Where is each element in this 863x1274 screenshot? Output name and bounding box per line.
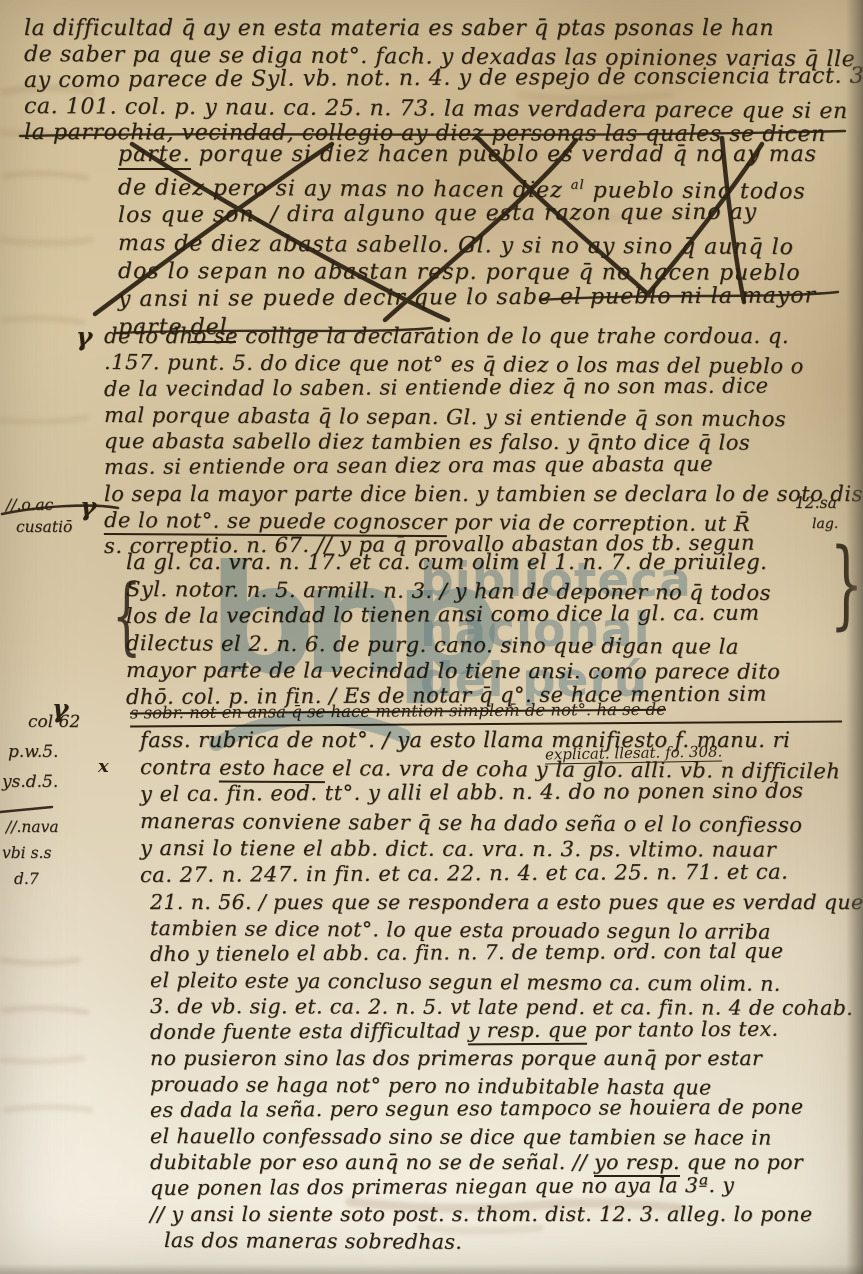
manuscript-line: el hauello confessado sino se dice que t… bbox=[150, 1123, 863, 1151]
margin-note-navarrus: //.nava bbox=[6, 818, 59, 836]
manuscript-line: // y ansi lo siente soto post. s. thom. … bbox=[150, 1201, 863, 1227]
manuscript-line: que ponen las dos primeras niegan que no… bbox=[150, 1171, 863, 1201]
struck-text: s sobr. not en ansa q̄ se hace mention s… bbox=[130, 700, 666, 723]
manuscript-line: dho y tienelo el abb. ca. fin. n. 7. de … bbox=[150, 937, 863, 967]
manuscript-line: es dada la seña. pero segun eso tampoco … bbox=[150, 1093, 863, 1123]
manuscript-line: la difficultad q̄ ay en esta materia es … bbox=[24, 16, 863, 42]
manuscript-page: la difficultad q̄ ay en esta materia es … bbox=[0, 0, 863, 1274]
manuscript-line: parte. porque si diez hacen pueblo es ve… bbox=[118, 141, 817, 169]
margin-x-mark: x bbox=[98, 756, 109, 777]
line-text: donde fuente esta difficultad bbox=[150, 1018, 468, 1044]
interlinear-insertion: al bbox=[571, 178, 585, 193]
manuscript-line: fass. rubrica de not°. / ya esto llama m… bbox=[140, 727, 840, 754]
line-text: de diez pero si ay mas no hacen diez bbox=[118, 175, 571, 203]
paragraph-mark: γ bbox=[76, 322, 93, 351]
margin-note-navarrus: d.7 bbox=[14, 870, 39, 888]
manuscript-line: ay como parece de Syl. vb. not. n. 4. y … bbox=[24, 64, 863, 94]
manuscript-line: 21. n. 56. / pues que se respondera a es… bbox=[150, 889, 863, 915]
manuscript-line: y ansi ni se puede decir que lo sabe el … bbox=[118, 283, 817, 315]
line-text: porque si diez hacen pueblo es verdad q̄… bbox=[191, 142, 817, 167]
manuscript-line: donde fuente esta difficultad y resp. qu… bbox=[150, 1015, 863, 1045]
margin-ref: 12.sa bbox=[795, 494, 837, 512]
margin-note-navarrus: vbi s.s bbox=[2, 844, 51, 862]
manuscript-line: las dos maneras sobredhas. bbox=[164, 1227, 863, 1257]
manuscript-line: mas. si entiende ora sean diez ora mas q… bbox=[104, 450, 863, 480]
line-text: por tanto los tex. bbox=[587, 1017, 778, 1042]
line-text: contra bbox=[140, 755, 219, 779]
manuscript-line: no pusieron sino las dos primeras porque… bbox=[150, 1045, 863, 1071]
manuscript-line: lo sepa la mayor parte dice bien. y tamb… bbox=[104, 481, 863, 507]
paragraph-response: 21. n. 56. / pues que se respondera a es… bbox=[150, 889, 863, 1253]
manuscript-line: la gl. ca. vra. n. 17. et ca. cum olim e… bbox=[126, 549, 780, 576]
paragraph-crossed-out: parte. porque si diez hacen pueblo es ve… bbox=[118, 141, 817, 342]
page-edge-shadow bbox=[0, 1264, 863, 1274]
margin-note: ys.d.5. bbox=[2, 772, 58, 792]
manuscript-line: de lo dho se collige la declaration de l… bbox=[104, 323, 863, 349]
underlined-word: parte. bbox=[118, 142, 191, 170]
paragraph-mark: γ bbox=[80, 492, 97, 521]
manuscript-line: de la vecindad lo saben. si entiende die… bbox=[104, 372, 863, 402]
paragraph-declaration: de lo dho se collige la declaration de l… bbox=[104, 323, 863, 560]
manuscript-line: los de la vecindad lo tienen ansi como d… bbox=[126, 600, 780, 630]
page-edge-shadow bbox=[846, 0, 863, 1274]
manuscript-line: y el ca. fin. eod. tt°. y alli el abb. n… bbox=[140, 777, 841, 808]
margin-note: p.w.5. bbox=[8, 742, 58, 762]
manuscript-line: ca. 27. n. 247. in fin. et ca. 22. n. 4.… bbox=[140, 858, 841, 889]
paragraph-contra: fass. rubrica de not°. / ya esto llama m… bbox=[140, 727, 840, 889]
paragraph-citations: la gl. ca. vra. n. 17. et ca. cum olim e… bbox=[126, 549, 780, 711]
margin-note-accusatio: //.o.ac bbox=[6, 496, 53, 514]
margin-note-col62: col 62 bbox=[28, 712, 80, 732]
struck-through-line: s sobr. not en ansa q̄ se hace mention s… bbox=[130, 699, 842, 728]
line-text: dubitable por eso aunq̄ no se de señal. … bbox=[150, 1150, 594, 1174]
underlined-phrase: y resp. que bbox=[468, 1018, 588, 1046]
manuscript-line: los que son. / dira alguno que esta razo… bbox=[118, 199, 817, 231]
underlined-phrase: esto hace bbox=[219, 755, 325, 783]
left-brace: { bbox=[112, 566, 141, 664]
margin-note-accusatio: cusatiō bbox=[16, 518, 72, 536]
line-text: que no por bbox=[680, 1150, 803, 1174]
paragraph-opening: la difficultad q̄ ay en esta materia es … bbox=[24, 16, 863, 146]
